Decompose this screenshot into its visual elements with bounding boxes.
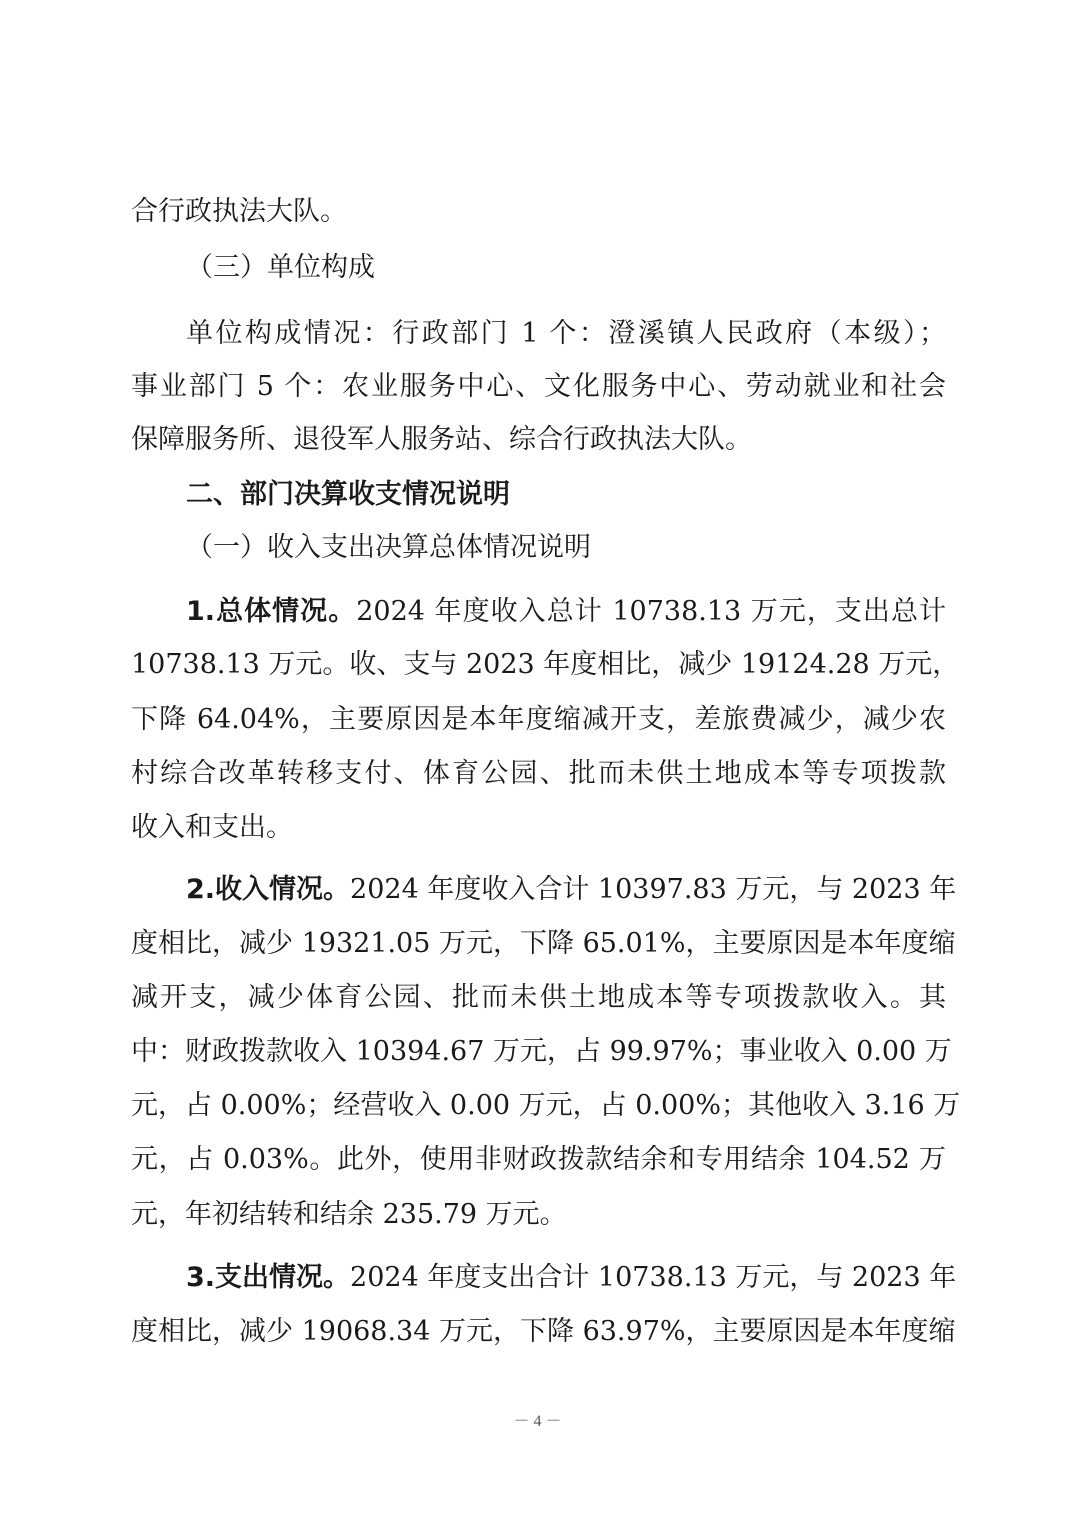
section-subheading: （一）收入支出决算总体情况说明 — [186, 528, 946, 568]
paragraph-line: 单位构成情况：行政部门 1 个：澄溪镇人民政府（本级）； — [186, 314, 946, 354]
section-heading: （三）单位构成 — [186, 248, 946, 288]
paragraph-line: 下降 64.04%，主要原因是本年度缩减开支，差旅费减少，减少农 — [131, 700, 946, 740]
paragraph-line: 度相比，减少 19321.05 万元，下降 65.01%，主要原因是本年度缩 — [131, 924, 946, 964]
paragraph-line: 元，占 0.00%；经营收入 0.00 万元，占 0.00%；其他收入 3.16… — [131, 1086, 946, 1126]
paragraph-line: 合行政执法大队。 — [131, 192, 946, 232]
paragraph-line: 元，占 0.03%。此外，使用非财政拨款结余和专用结余 104.52 万 — [131, 1140, 946, 1180]
item-lead: 2.收入情况。 — [186, 874, 350, 905]
paragraph-line: 1.总体情况。2024 年度收入总计 10738.13 万元，支出总计 — [186, 592, 946, 632]
chapter-heading: 二、部门决算收支情况说明 — [186, 475, 946, 515]
item-lead: 1.总体情况。 — [186, 596, 356, 627]
paragraph-line: 3.支出情况。2024 年度支出合计 10738.13 万元，与 2023 年 — [186, 1258, 946, 1298]
paragraph-line: 10738.13 万元。收、支与 2023 年度相比，减少 19124.28 万… — [131, 645, 946, 685]
paragraph-line: 度相比，减少 19068.34 万元，下降 63.97%，主要原因是本年度缩 — [131, 1312, 946, 1352]
paragraph-line: 减开支，减少体育公园、批而未供土地成本等专项拨款收入。其 — [131, 978, 946, 1018]
paragraph-line: 2.收入情况。2024 年度收入合计 10397.83 万元，与 2023 年 — [186, 870, 946, 910]
paragraph-line: 收入和支出。 — [131, 808, 946, 848]
paragraph-line: 中：财政拨款收入 10394.67 万元，占 99.97%；事业收入 0.00 … — [131, 1032, 946, 1072]
paragraph-line: 保障服务所、退役军人服务站、综合行政执法大队。 — [131, 420, 946, 460]
paragraph-line: 村综合改革转移支付、体育公园、批而未供土地成本等专项拨款 — [131, 754, 946, 794]
page-number: － 4 － — [0, 1408, 1075, 1431]
paragraph-line: 元，年初结转和结余 235.79 万元。 — [131, 1195, 946, 1235]
document-page: 合行政执法大队。 （三）单位构成 单位构成情况：行政部门 1 个：澄溪镇人民政府… — [0, 0, 1075, 1520]
paragraph-line: 事业部门 5 个：农业服务中心、文化服务中心、劳动就业和社会 — [131, 367, 946, 407]
item-lead: 3.支出情况。 — [186, 1262, 350, 1293]
